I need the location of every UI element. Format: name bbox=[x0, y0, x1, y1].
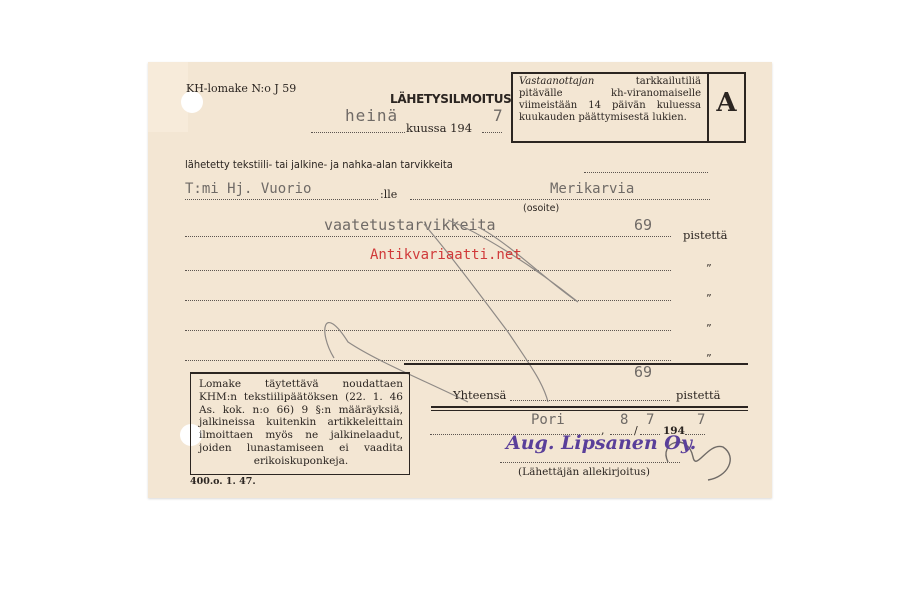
instructions-box: Lomake täytettävä noudattaen KHM:n tekst… bbox=[190, 372, 410, 475]
total-label: Yhteensä bbox=[453, 388, 506, 402]
total-rule-1 bbox=[431, 406, 748, 408]
total-line bbox=[510, 400, 670, 401]
date-year-digit: 7 bbox=[697, 412, 705, 428]
watermark: Antikvariaatti.net bbox=[370, 247, 522, 263]
form-document: KH-lomake N:o J 59 LÄHETYSILMOITUS heinä… bbox=[148, 62, 772, 498]
company-stamp: Aug. Lipsanen Oy. bbox=[506, 432, 696, 454]
place: Pori bbox=[531, 412, 565, 428]
total-separator bbox=[404, 363, 748, 365]
signature-label: (Lähettäjän allekirjoitus) bbox=[518, 466, 650, 478]
instructions-text: Lomake täytettävä noudattaen KHM:n tekst… bbox=[199, 378, 403, 468]
print-code: 400.o. 1. 47. bbox=[190, 476, 256, 487]
total-unit: pistettä bbox=[676, 388, 720, 402]
total-rule-2 bbox=[431, 410, 748, 411]
total-points: 69 bbox=[634, 363, 652, 381]
date-month: 7 bbox=[646, 412, 654, 428]
date-day: 8 bbox=[620, 412, 628, 428]
signature-line bbox=[500, 462, 680, 463]
